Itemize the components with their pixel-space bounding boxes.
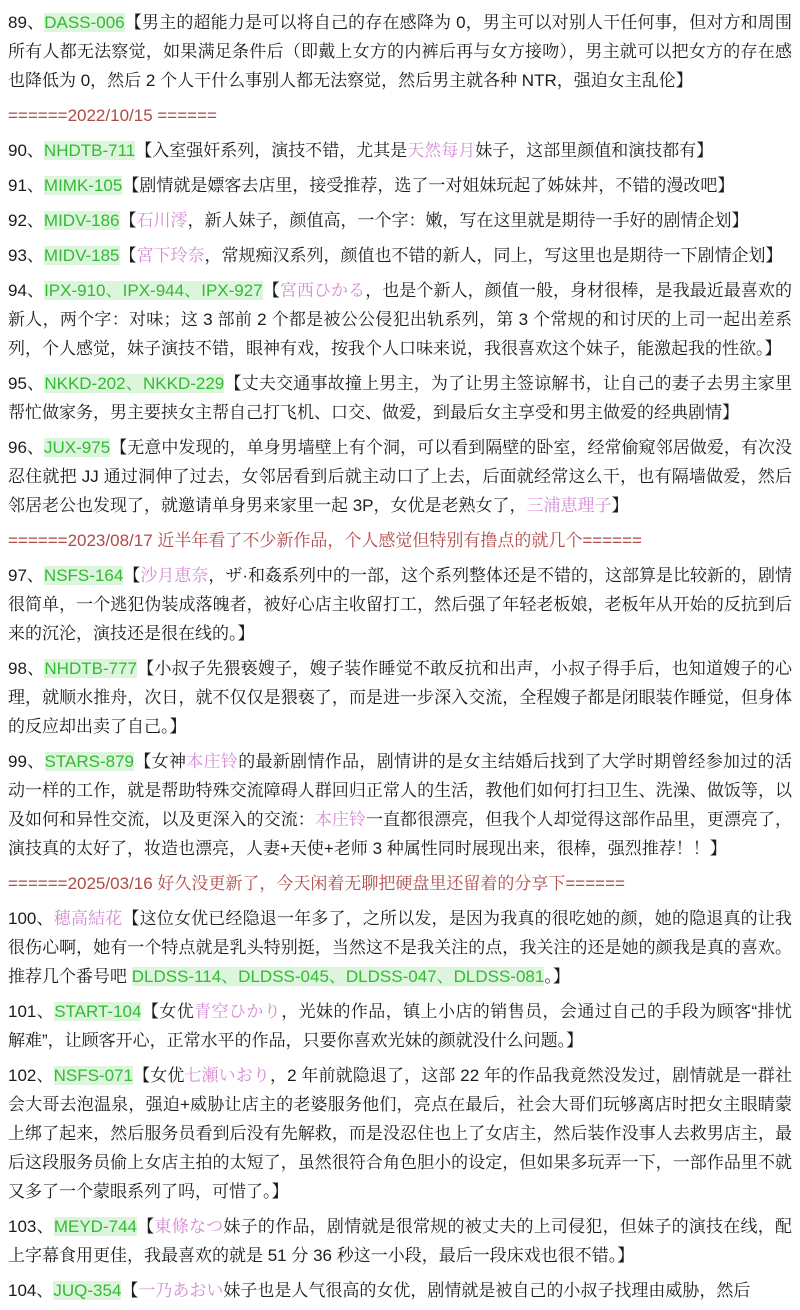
entry-text: ，新人妹子，颜值高，一个字：嫩，写在这里就是期待一手好的剧情企划】 <box>188 211 749 230</box>
entry-text: 99、 <box>8 752 45 771</box>
performer-name: 青空ひかり <box>194 1002 281 1021</box>
entry-text: 104、 <box>8 1281 53 1300</box>
review-entry: 101、START-104【女优青空ひかり，光妹的作品，镇上小店的销售员，会通过… <box>8 997 792 1055</box>
performer-name: 三浦恵理子 <box>527 496 612 515</box>
code-tag: NSFS-071 <box>54 1066 133 1085</box>
entry-text: 【入室强奸系列，演技不错，尤其是 <box>135 141 407 160</box>
code-tag: JUQ-354 <box>53 1281 121 1300</box>
performer-name: 七瀬いおり <box>184 1066 270 1085</box>
entry-text: 102、 <box>8 1066 54 1085</box>
code-tag: NSFS-164 <box>44 566 123 585</box>
entry-text: 98、 <box>8 659 44 678</box>
entry-text: 92、 <box>8 211 44 230</box>
code-tag: JUX-975 <box>44 438 110 457</box>
entry-text: 93、 <box>8 246 44 265</box>
date-separator: ======2023/08/17 近半年看了不少新作品，个人感觉但特别有撸点的就… <box>8 526 792 555</box>
date-separator: ======2022/10/15 ====== <box>8 101 792 130</box>
entry-text: 【无意中发现的，单身男墙壁上有个洞，可以看到隔壁的卧室，经常偷窥邻居做爱，有次没… <box>8 438 792 515</box>
performer-name: 沙月恵奈 <box>140 566 208 585</box>
date-separator: ======2025/03/16 好久没更新了，今天闲着无聊把硬盘里还留着的分享… <box>8 869 792 898</box>
performer-name: 本庄铃 <box>315 810 366 829</box>
review-entry: 103、MEYD-744【東條なつ妹子的作品，剧情就是很常规的被丈夫的上司侵犯，… <box>8 1212 792 1270</box>
code-tag: IPX-910、IPX-944、IPX-927 <box>44 281 263 300</box>
entry-text: 【 <box>123 566 140 585</box>
entry-text: 103、 <box>8 1217 54 1236</box>
entry-text: 97、 <box>8 566 44 585</box>
review-entry: 98、NHDTB-777【小叔子先猥亵嫂子，嫂子装作睡觉不敢反抗和出声，小叔子得… <box>8 654 792 741</box>
entry-text: ，2 年前就隐退了，这部 22 年的作品我竟然没发过，剧情就是一群社会大哥去泡温… <box>8 1066 792 1201</box>
review-entry: 102、NSFS-071【女优七瀬いおり，2 年前就隐退了，这部 22 年的作品… <box>8 1061 792 1206</box>
entry-text: 【 <box>120 246 137 265</box>
code-tag: START-104 <box>54 1002 141 1021</box>
review-entry: 97、NSFS-164【沙月恵奈，ザ·和姦系列中的一部，这个系列整体还是不错的，… <box>8 561 792 648</box>
entry-text: 【女优 <box>133 1066 184 1085</box>
code-tag: DLDSS-114、DLDSS-045、DLDSS-047、DLDSS-081 <box>132 967 545 986</box>
performer-name: 穂高結花 <box>54 909 123 928</box>
review-entry: 104、JUQ-354【一乃あおい妹子也是人气很高的女优，剧情就是被自己的小叔子… <box>8 1276 792 1305</box>
performer-name: 東條なつ <box>154 1217 223 1236</box>
entry-text: 【女神 <box>134 752 186 771</box>
review-entry: 99、STARS-879【女神本庄铃的最新剧情作品，剧情讲的是女主结婚后找到了大… <box>8 747 792 863</box>
performer-name: 本庄铃 <box>186 752 238 771</box>
entry-text: 妹子，这部里颜值和演技都有】 <box>475 141 713 160</box>
entry-text: 【剧情就是嫖客去店里，接受推荐，选了一对姐妹玩起了姊妹丼，不错的漫改吧】 <box>122 176 734 195</box>
code-tag: NHDTB-777 <box>44 659 137 678</box>
entry-text: 【 <box>137 1217 154 1236</box>
code-tag: STARS-879 <box>45 752 134 771</box>
document-page: 89、DASS-006【男主的超能力是可以将自己的存在感降为 0，男主可以对别人… <box>0 0 800 1310</box>
code-tag: MIMK-105 <box>44 176 122 195</box>
performer-name: 天然每月 <box>407 141 475 160</box>
entry-text: ，常规痴汉系列，颜值也不错的新人，同上，写这里也是期待一下剧情企划】 <box>205 246 783 265</box>
review-entry: 92、MIDV-186【石川澪，新人妹子，颜值高，一个字：嫩，写在这里就是期待一… <box>8 206 792 235</box>
entry-text: 【 <box>120 211 137 230</box>
code-tag: NKKD-202、NKKD-229 <box>44 374 224 393</box>
entry-text: 95、 <box>8 374 44 393</box>
entry-text: 89、 <box>8 13 44 32</box>
code-tag: MEYD-744 <box>54 1217 137 1236</box>
code-tag: MIDV-186 <box>44 211 120 230</box>
entry-text: 【女优 <box>141 1002 194 1021</box>
entry-text: 100、 <box>8 909 54 928</box>
code-tag: NHDTB-711 <box>44 141 135 160</box>
entry-text: 】 <box>612 496 629 515</box>
review-entry: 96、JUX-975【无意中发现的，单身男墙壁上有个洞，可以看到隔壁的卧室，经常… <box>8 433 792 520</box>
entry-text: 【 <box>263 281 280 300</box>
entry-text: 妹子也是人气很高的女优，剧情就是被自己的小叔子找理由威胁，然后 <box>223 1281 750 1300</box>
review-entry: 93、MIDV-185【宮下玲奈，常规痴汉系列，颜值也不错的新人，同上，写这里也… <box>8 241 792 270</box>
review-entry: 89、DASS-006【男主的超能力是可以将自己的存在感降为 0，男主可以对别人… <box>8 8 792 95</box>
entry-text: 【 <box>121 1281 138 1300</box>
entry-text: 94、 <box>8 281 44 300</box>
review-entry: 90、NHDTB-711【入室强奸系列，演技不错，尤其是天然每月妹子，这部里颜值… <box>8 136 792 165</box>
entry-text: 。】 <box>544 967 570 986</box>
review-entry: 91、MIMK-105【剧情就是嫖客去店里，接受推荐，选了一对姐妹玩起了姊妹丼，… <box>8 171 792 200</box>
code-tag: DASS-006 <box>44 13 124 32</box>
entry-text: 【男主的超能力是可以将自己的存在感降为 0，男主可以对别人干任何事，但对方和周围… <box>8 13 792 90</box>
review-entry: 95、NKKD-202、NKKD-229【丈夫交通事故撞上男主，为了让男主签谅解… <box>8 369 792 427</box>
entry-text: 101、 <box>8 1002 54 1021</box>
performer-name: 宮下玲奈 <box>137 246 205 265</box>
entry-text: 90、 <box>8 141 44 160</box>
performer-name: 石川澪 <box>137 211 188 230</box>
review-entry: 100、穂高結花【这位女优已经隐退一年多了，之所以发，是因为我真的很吃她的颜，她… <box>8 904 792 991</box>
review-list: 89、DASS-006【男主的超能力是可以将自己的存在感降为 0，男主可以对别人… <box>8 8 792 1305</box>
entry-text: 91、 <box>8 176 44 195</box>
code-tag: MIDV-185 <box>44 246 120 265</box>
entry-text: 96、 <box>8 438 44 457</box>
review-entry: 94、IPX-910、IPX-944、IPX-927【宮西ひかる，也是个新人，颜… <box>8 276 792 363</box>
performer-name: 宮西ひかる <box>280 281 365 300</box>
performer-name: 一乃あおい <box>138 1281 223 1300</box>
